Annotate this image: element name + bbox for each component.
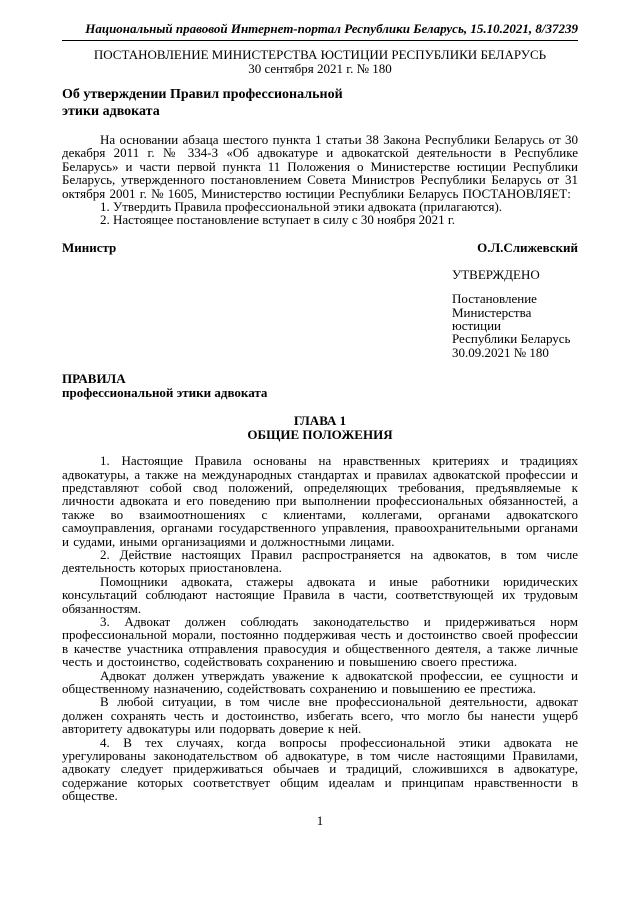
rules-paragraph: 4. В тех случаях, когда вопросы професси…	[62, 736, 578, 803]
document-page: Национальный правовой Интернет-портал Ре…	[0, 0, 640, 905]
approval-details: Постановление Министерства юстиции Респу…	[452, 292, 578, 359]
resolution-item-2: 2. Настоящее постановление вступает в си…	[62, 213, 578, 226]
resolution-item-1: 1. Утвердить Правила профессиональной эт…	[62, 200, 578, 213]
rules-paragraph: Помощники адвоката, стажеры адвоката и и…	[62, 575, 578, 615]
approval-block: УТВЕРЖДЕНО Постановление Министерства юс…	[452, 268, 578, 359]
signer-position: Министр	[62, 241, 116, 255]
preamble-paragraph: На основании абзаца шестого пункта 1 ста…	[62, 133, 578, 200]
running-header: Национальный правовой Интернет-портал Ре…	[62, 22, 578, 41]
rules-paragraph: В любой ситуации, в том числе вне профес…	[62, 695, 578, 735]
page-number: 1	[62, 814, 578, 828]
signer-name: О.Л.Слижевский	[477, 241, 578, 255]
rules-title: ПРАВИЛА профессиональной этики адвоката	[62, 372, 578, 399]
signature-row: Министр О.Л.Слижевский	[62, 241, 578, 255]
rules-paragraph: Адвокат должен утверждать уважение к адв…	[62, 669, 578, 696]
rules-paragraph: 3. Адвокат должен соблюдать законодатель…	[62, 615, 578, 669]
document-date-number: 30 сентября 2021 г. № 180	[62, 62, 578, 76]
document-type-heading: ПОСТАНОВЛЕНИЕ МИНИСТЕРСТВА ЮСТИЦИИ РЕСПУ…	[62, 48, 578, 62]
chapter-heading: ГЛАВА 1 ОБЩИЕ ПОЛОЖЕНИЯ	[62, 414, 578, 442]
rules-body: 1. Настоящие Правила основаны на нравств…	[62, 454, 578, 803]
rules-paragraph: 1. Настоящие Правила основаны на нравств…	[62, 454, 578, 548]
document-title: Об утверждении Правил профессиональной э…	[62, 86, 578, 120]
chapter-number: ГЛАВА 1	[62, 414, 578, 428]
chapter-title: ОБЩИЕ ПОЛОЖЕНИЯ	[62, 428, 578, 442]
approval-label: УТВЕРЖДЕНО	[452, 268, 578, 281]
rules-paragraph: 2. Действие настоящих Правил распростран…	[62, 548, 578, 575]
